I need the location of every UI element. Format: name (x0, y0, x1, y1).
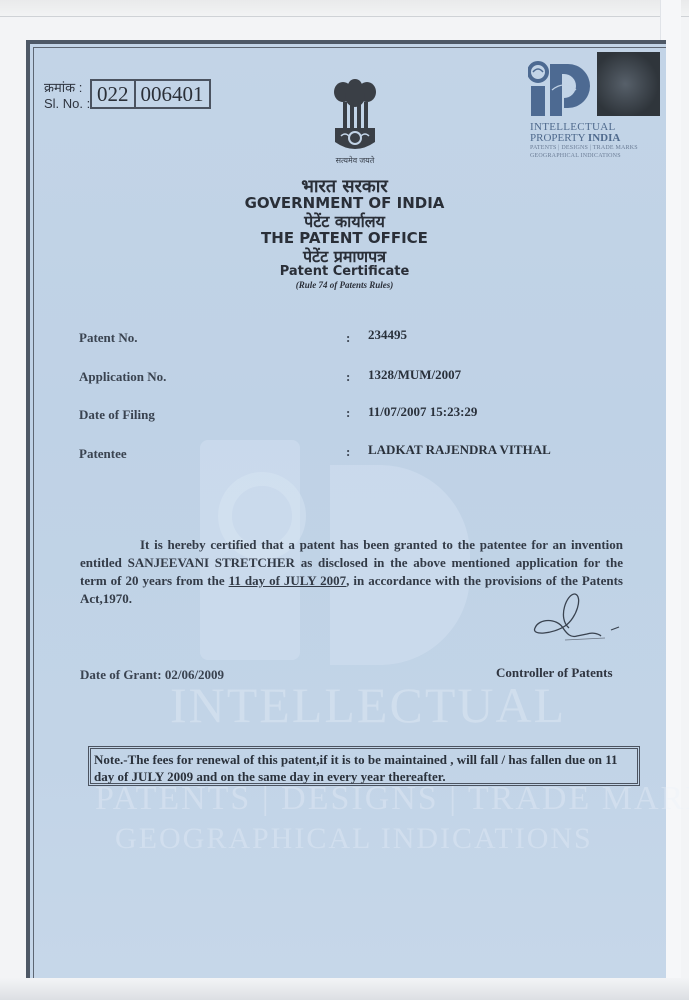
scan-top-edge (0, 0, 689, 17)
term-start-date: 11 day of JULY 2007 (229, 573, 347, 588)
ip-line-2-bold: INDIA (588, 132, 620, 144)
serial-number: 006401 (134, 81, 209, 107)
watermark-text-3: GEOGRAPHICAL INDICATIONS (115, 822, 593, 856)
national-emblem-icon (323, 72, 387, 162)
serial-prefix: 022 (92, 81, 134, 107)
serial-label: क्रमांक : Sl. No. : (44, 80, 90, 112)
signature-icon (527, 588, 622, 648)
ip-line-4: GEOGRAPHICAL INDICATIONS (530, 152, 638, 160)
ip-line-2-prefix: PROPERTY (530, 132, 588, 144)
serial-label-hindi: क्रमांक (44, 80, 75, 95)
controller-title: Controller of Patents (496, 665, 613, 681)
filing-date-colon: : (346, 405, 350, 421)
serial-label-english: Sl. No. (44, 96, 83, 111)
date-of-grant: Date of Grant: 02/06/2009 (80, 667, 224, 683)
ip-india-logo-icon (528, 60, 592, 118)
patentee-colon: : (346, 444, 350, 460)
certificate-title-english: Patent Certificate (0, 264, 689, 279)
patentee-value: LADKAT RAJENDRA VITHAL (368, 442, 551, 458)
serial-number-box: 022 006401 (90, 79, 211, 109)
applicant-photo (597, 52, 660, 116)
emblem-motto: सत्यमेव जयते (330, 155, 380, 166)
ip-line-3: PATENTS | DESIGNS | TRADE MARKS (530, 144, 638, 152)
rule-reference: (Rule 74 of Patents Rules) (0, 280, 689, 290)
patentee-label: Patentee (79, 446, 127, 462)
renewal-note: Note.-The fees for renewal of this paten… (88, 746, 640, 786)
watermark-text-1: INTELLECTUAL (170, 676, 566, 734)
filing-date-label: Date of Filing (79, 407, 155, 423)
ip-line-2: PROPERTY INDIA (530, 133, 638, 144)
application-no-colon: : (346, 369, 350, 385)
application-no-value: 1328/MUM/2007 (368, 367, 461, 383)
patent-no-label: Patent No. (79, 330, 138, 346)
scan-bottom-edge (0, 978, 689, 1000)
ip-india-wordmark: INTELLECTUAL PROPERTY INDIA PATENTS | DE… (530, 122, 638, 160)
patent-no-value: 234495 (368, 327, 407, 343)
filing-date-value: 11/07/2007 15:23:29 (368, 404, 477, 420)
application-no-label: Application No. (79, 369, 166, 385)
patent-no-colon: : (346, 330, 350, 346)
